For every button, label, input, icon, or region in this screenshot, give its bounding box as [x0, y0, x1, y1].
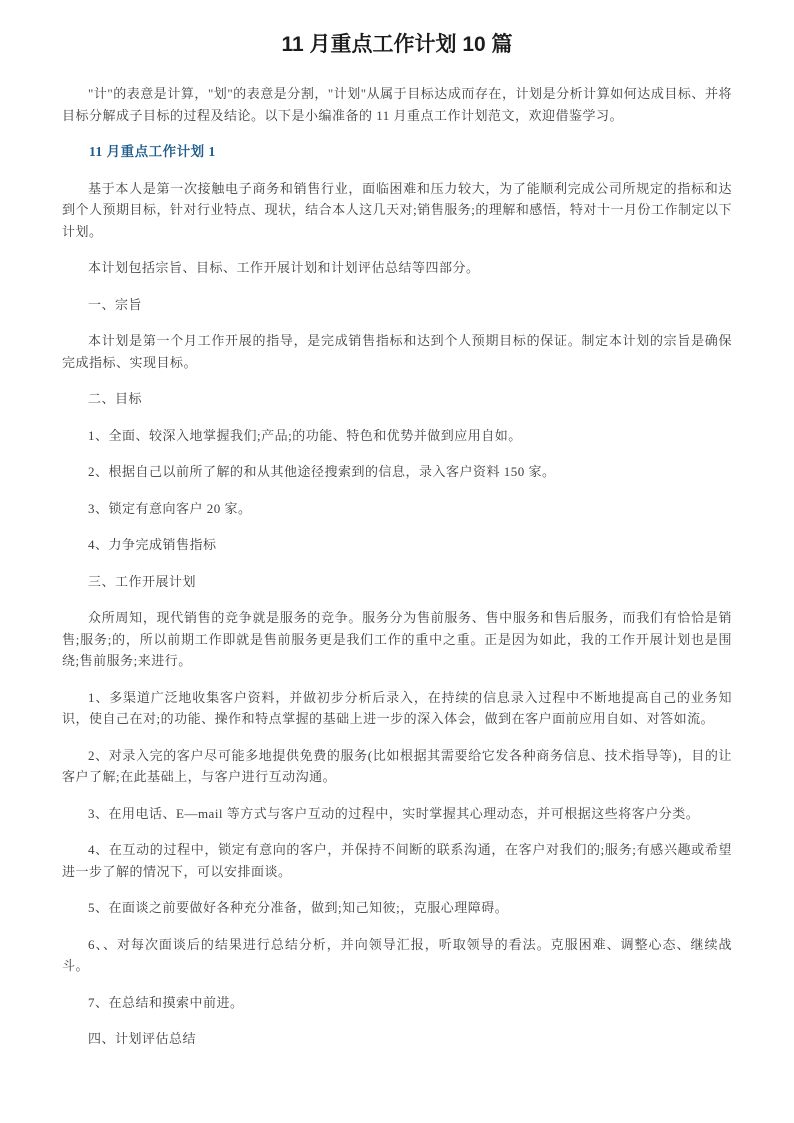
paragraph: 三、工作开展计划 [62, 571, 732, 593]
paragraph: 本计划包括宗旨、目标、工作开展计划和计划评估总结等四部分。 [62, 257, 732, 279]
paragraph: 众所周知，现代销售的竞争就是服务的竞争。服务分为售前服务、售中服务和售后服务，而… [62, 607, 732, 672]
document-body: "计"的表意是计算，"划"的表意是分割，"计划"从属于目标达成而存在，计划是分析… [62, 83, 732, 1050]
paragraph: 1、全面、较深入地掌握我们;产品;的功能、特色和优势并做到应用自如。 [62, 425, 732, 447]
paragraph: 2、对录入完的客户尽可能多地提供免费的服务(比如根据其需要给它发各种商务信息、技… [62, 745, 732, 788]
paragraph: 二、目标 [62, 388, 732, 410]
paragraph: 基于本人是第一次接触电子商务和销售行业，面临困难和压力较大，为了能顺利完成公司所… [62, 178, 732, 243]
paragraph: 2、根据自己以前所了解的和从其他途径搜索到的信息，录入客户资料 150 家。 [62, 461, 732, 483]
paragraph: 6、、对每次面谈后的结果进行总结分析，并向领导汇报，听取领导的看法。克服困难、调… [62, 934, 732, 977]
paragraph: 5、在面谈之前要做好各种充分准备，做到;知己知彼;，克服心理障碍。 [62, 897, 732, 919]
paragraph: 7、在总结和摸索中前进。 [62, 992, 732, 1014]
paragraph: 3、锁定有意向客户 20 家。 [62, 498, 732, 520]
paragraph: 4、在互动的过程中，锁定有意向的客户，并保持不间断的联系沟通，在客户对我们的;服… [62, 839, 732, 882]
section-heading: 11 月重点工作计划 1 [62, 141, 732, 163]
paragraph: 4、力争完成销售指标 [62, 534, 732, 556]
paragraph: 四、计划评估总结 [62, 1028, 732, 1050]
paragraph: 3、在用电话、E—mail 等方式与客户互动的过程中，实时掌握其心理动态，并可根… [62, 803, 732, 825]
paragraph: "计"的表意是计算，"划"的表意是分割，"计划"从属于目标达成而存在，计划是分析… [62, 83, 732, 126]
paragraph: 一、宗旨 [62, 294, 732, 316]
paragraph: 1、多渠道广泛地收集客户资料，并做初步分析后录入，在持续的信息录入过程中不断地提… [62, 687, 732, 730]
document-page: 11 月重点工作计划 10 篇 "计"的表意是计算，"划"的表意是分割，"计划"… [0, 0, 794, 1123]
paragraph: 本计划是第一个月工作开展的指导，是完成销售指标和达到个人预期目标的保证。制定本计… [62, 330, 732, 373]
document-title: 11 月重点工作计划 10 篇 [62, 30, 732, 59]
